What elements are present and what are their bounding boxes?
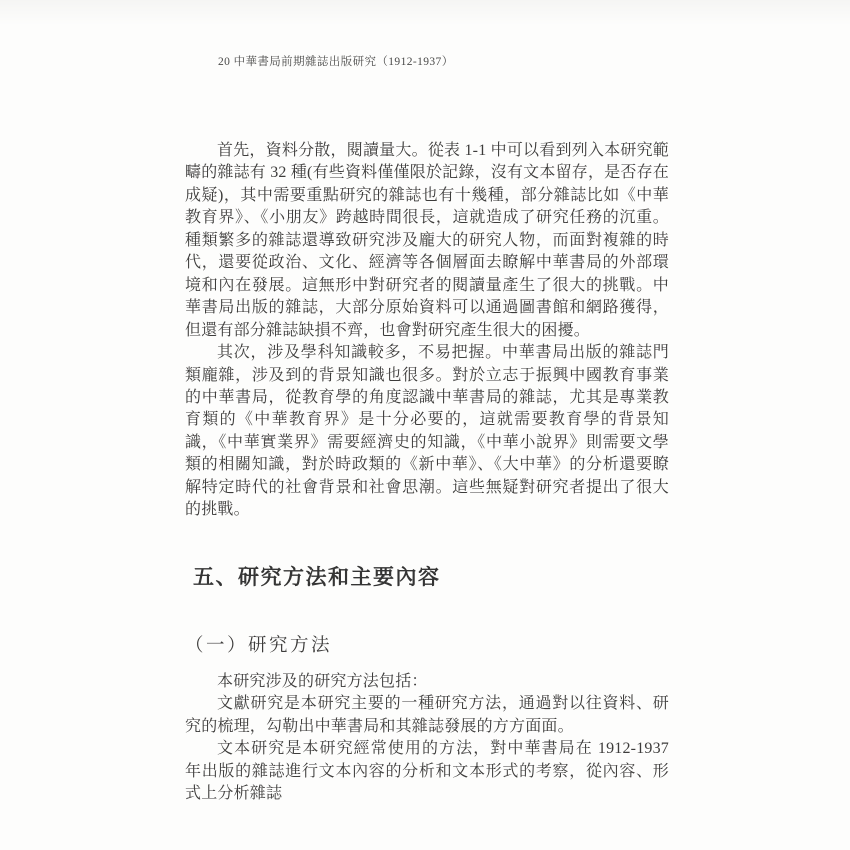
book-page: 20 中華書局前期雜誌出版研究（1912-1937） 首先，資料分散，閱讀量大。…: [0, 0, 850, 850]
running-header: 20 中華書局前期雜誌出版研究（1912-1937）: [218, 53, 454, 69]
paragraph-methods-intro: 本研究涉及的研究方法包括：: [185, 671, 669, 693]
section-heading: 五、研究方法和主要內容: [185, 564, 669, 592]
paragraph-data-scatter: 首先，資料分散，閱讀量大。從表 1-1 中可以看到列入本研究範疇的雜誌有 32 …: [185, 140, 669, 342]
paragraph-subject-knowledge: 其次，涉及學科知識較多，不易把握。中華書局出版的雜誌門類龐雜，涉及到的背景知識也…: [185, 342, 669, 522]
subsection-heading: （一）研究方法: [185, 634, 669, 658]
paragraph-text-research: 文本研究是本研究經常使用的方法，對中華書局在 1912-1937 年出版的雜誌進…: [185, 738, 669, 805]
methods-block: 本研究涉及的研究方法包括： 文獻研究是本研究主要的一種研究方法，通過對以往資料、…: [185, 671, 669, 806]
page-content: 首先，資料分散，閱讀量大。從表 1-1 中可以看到列入本研究範疇的雜誌有 32 …: [185, 140, 669, 805]
paragraph-literature-research: 文獻研究是本研究主要的一種研究方法，通過對以往資料、研究的梳理，勾勒出中華書局和…: [185, 693, 669, 738]
